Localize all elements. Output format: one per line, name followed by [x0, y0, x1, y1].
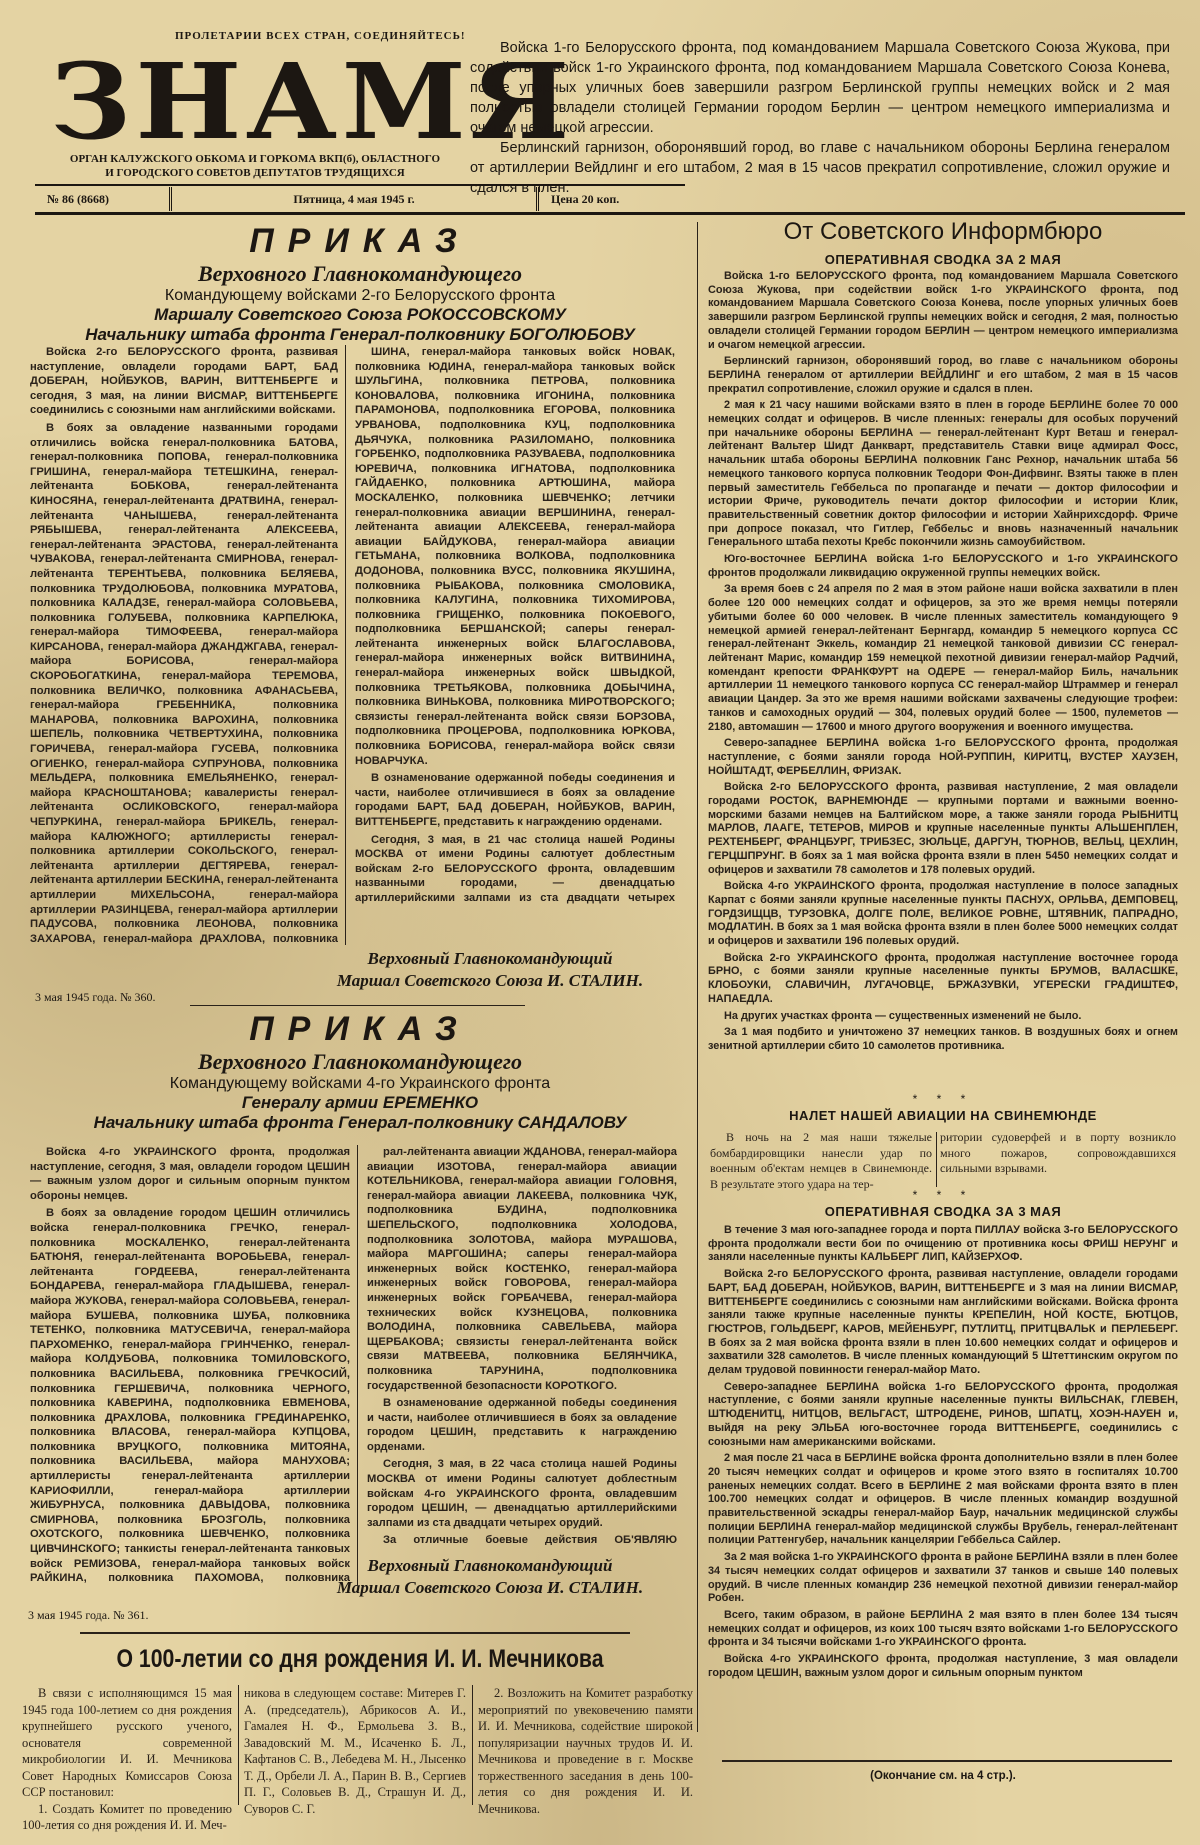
paragraph: 2. Возложить на Комитет разработку мероп…: [478, 1685, 693, 1817]
order-addressee: Командующему войсками 2-го Белорусского …: [30, 287, 690, 305]
divider: [722, 1760, 1172, 1762]
paragraph: Северо-западнее БЕРЛИНА войска 1-го БЕЛО…: [708, 1381, 1178, 1450]
paragraph: Сегодня, 3 мая, в 21 час столица нашей Р…: [355, 833, 675, 905]
paragraph: Войска 4-го УКРАИНСКОГО фронта, продолжа…: [708, 880, 1178, 949]
publisher-line-2: И ГОРОДСКОГО СОВЕТОВ ДЕПУТАТОВ ТРУДЯЩИХС…: [60, 166, 450, 180]
order-360-header: ПРИКАЗ Верховного Главнокомандующего Ком…: [30, 222, 690, 345]
paragraph: Войска 2-го УКРАИНСКОГО фронта, продолжа…: [708, 952, 1178, 1007]
lead-paragraph: Войска 1-го Белорусского фронта, под ком…: [470, 38, 1170, 138]
column-divider: [357, 1145, 358, 1585]
mechnikov-column-3: 2. Возложить на Комитет разработку мероп…: [478, 1685, 693, 1817]
order-360-column-1: Войска 2-го БЕЛОРУССКОГО фронта, развива…: [30, 345, 338, 945]
order-361-header: ПРИКАЗ Верховного Главнокомандующего Ком…: [30, 1010, 690, 1133]
paragraph: В ночь на 2 мая наши тяжелые бомбардиров…: [710, 1130, 932, 1192]
paragraph: 2 мая после 21 часа в БЕРЛИНЕ войска фро…: [708, 1452, 1178, 1548]
paragraph: За 1 мая подбито и уничтожено 37 немецки…: [708, 1026, 1178, 1053]
signature-title: Верховный Главнокомандующий: [300, 1555, 680, 1577]
paragraph: Войска 4-го УКРАИНСКОГО фронта, продолжа…: [708, 1653, 1178, 1680]
section-separator-stars: * * *: [708, 1092, 1178, 1106]
column-divider: [345, 345, 346, 945]
paragraph: Северо-западнее БЕРЛИНА войска 1-го БЕЛО…: [708, 737, 1178, 778]
publisher-line: ОРГАН КАЛУЖСКОГО ОБКОМА И ГОРКОМА ВКП(б)…: [60, 152, 450, 180]
order-360-signature: Верховный Главнокомандующий Маршал Совет…: [300, 948, 680, 992]
order-360-column-2: ШИНА, генерал-майора танковых войск НОВА…: [355, 345, 675, 905]
paragraph: Войска 2-го БЕЛОРУССКОГО фронта, развива…: [708, 781, 1178, 877]
paragraph: рал-лейтенанта авиации ЖДАНОВА, генерал-…: [367, 1145, 677, 1393]
order-commander: Маршалу Советского Союза РОКОССОВСКОМУ: [30, 305, 690, 325]
mechnikov-column-1: В связи с исполняющимся 15 мая 1945 года…: [22, 1685, 232, 1834]
order-commander: Генералу армии ЕРЕМЕНКО: [30, 1093, 690, 1113]
lead-announcement: Войска 1-го Белорусского фронта, под ком…: [470, 38, 1170, 198]
paragraph: На других участках фронта — существенных…: [708, 1010, 1178, 1024]
issue-number: № 86 (8668): [35, 187, 172, 211]
order-361-column-2: рал-лейтенанта авиации ЖДАНОВА, генерал-…: [367, 1145, 677, 1545]
paragraph: ШИНА, генерал-майора танковых войск НОВА…: [355, 345, 675, 768]
paragraph: За время боев с 24 апреля по 2 мая в это…: [708, 583, 1178, 734]
air-raid-column-1: В ночь на 2 мая наши тяжелые бомбардиров…: [710, 1130, 932, 1192]
paragraph: 1. Создать Комитет по проведению 100-лет…: [22, 1801, 232, 1834]
divider: [190, 1005, 525, 1006]
paragraph: Сегодня, 3 мая, в 22 часа столица нашей …: [367, 1457, 677, 1530]
paragraph: В боях за овладение городом ЦЕШИН отличи…: [30, 1206, 350, 1585]
paragraph: 2 мая к 21 часу нашими войсками взято в …: [708, 399, 1178, 550]
air-raid-title: НАЛЕТ НАШЕЙ АВИАЦИИ НА СВИНЕМЮНДЕ: [708, 1108, 1178, 1123]
column-divider: [697, 222, 698, 1732]
signature-name: Маршал Советского Союза И. СТАЛИН.: [300, 970, 680, 992]
column-divider: [472, 1685, 473, 1805]
paragraph: никова в следующем составе: Митерев Г. А…: [244, 1685, 466, 1817]
paragraph: Войска 1-го БЕЛОРУССКОГО фронта, под ком…: [708, 270, 1178, 352]
air-raid-column-2: ритории судоверфей и в порту возникло мн…: [940, 1130, 1176, 1177]
report-may-2-body: Войска 1-го БЕЛОРУССКОГО фронта, под ком…: [708, 270, 1178, 1062]
masthead-bottom-rule: [35, 212, 1185, 215]
paragraph: Берлинский гарнизон, оборонявший город, …: [708, 355, 1178, 396]
order-361-signature: Верховный Главнокомандующий Маршал Совет…: [300, 1555, 680, 1599]
lead-paragraph: Берлинский гарнизон, оборонявший город, …: [470, 138, 1170, 198]
mechnikov-column-2: никова в следующем составе: Митерев Г. А…: [244, 1685, 466, 1817]
paragraph: ритории судоверфей и в порту возникло мн…: [940, 1130, 1176, 1177]
signature-title: Верховный Главнокомандующий: [300, 948, 680, 970]
paragraph: Юго-восточнее БЕРЛИНА войска 1-го БЕЛОРУ…: [708, 553, 1178, 580]
order-title: ПРИКАЗ: [30, 222, 690, 261]
paragraph: Войска 4-го УКРАИНСКОГО фронта, продолжа…: [30, 1145, 350, 1203]
order-title: ПРИКАЗ: [30, 1010, 690, 1049]
column-divider: [238, 1685, 239, 1805]
sovinform-headline: От Советского Информбюро: [708, 218, 1178, 246]
column-divider: [936, 1132, 937, 1187]
section-separator-stars: * * *: [708, 1188, 1178, 1202]
order-issuer: Верховного Главнокомандующего: [30, 261, 690, 287]
paragraph: Войска 2-го БЕЛОРУССКОГО фронта, развива…: [30, 345, 338, 418]
paragraph: Войска 2-го БЕЛОРУССКОГО фронта, развива…: [708, 1268, 1178, 1378]
signature-name: Маршал Советского Союза И. СТАЛИН.: [300, 1577, 680, 1599]
paragraph: За отличные боевые действия ОБ'ЯВЛЯЮ БЛА…: [367, 1533, 677, 1545]
paragraph: В связи с исполняющимся 15 мая 1945 года…: [22, 1685, 232, 1801]
paragraph: Всего, таким образом, в районе БЕРЛИНА 2…: [708, 1609, 1178, 1650]
divider: [80, 1632, 630, 1634]
mechnikov-headline: О 100-летии со дня рождения И. И. Мечник…: [80, 1645, 641, 1674]
continued-on-page-4: (Окончание см. на 4 стр.).: [708, 1770, 1178, 1782]
report-may-2-title: ОПЕРАТИВНАЯ СВОДКА ЗА 2 МАЯ: [708, 252, 1178, 267]
paragraph: В боях за овладение названными городами …: [30, 421, 338, 945]
paragraph: В ознаменование одержанной победы соедин…: [367, 1396, 677, 1454]
order-361-column-1: Войска 4-го УКРАИНСКОГО фронта, продолжа…: [30, 1145, 350, 1585]
paragraph: За 2 мая войска 1-го УКРАИНСКОГО фронта …: [708, 1551, 1178, 1606]
order-addressee: Командующему войсками 4-го Украинского ф…: [30, 1075, 690, 1093]
publisher-line-1: ОРГАН КАЛУЖСКОГО ОБКОМА И ГОРКОМА ВКП(б)…: [60, 152, 450, 166]
order-chief-of-staff: Начальнику штаба фронта Генерал-полковни…: [30, 1113, 690, 1133]
order-issuer: Верховного Главнокомандующего: [30, 1049, 690, 1075]
paragraph: В течение 3 мая юго-западнее города и по…: [708, 1224, 1178, 1265]
paragraph: В ознаменование одержанной победы соедин…: [355, 771, 675, 829]
order-chief-of-staff: Начальнику штаба фронта Генерал-полковни…: [30, 325, 690, 345]
report-may-3-body: В течение 3 мая юго-западнее города и по…: [708, 1224, 1178, 1744]
order-360-dateline: 3 мая 1945 года. № 360.: [35, 990, 156, 1005]
report-may-3-title: ОПЕРАТИВНАЯ СВОДКА ЗА 3 МАЯ: [708, 1204, 1178, 1219]
order-361-dateline: 3 мая 1945 года. № 361.: [28, 1608, 149, 1623]
